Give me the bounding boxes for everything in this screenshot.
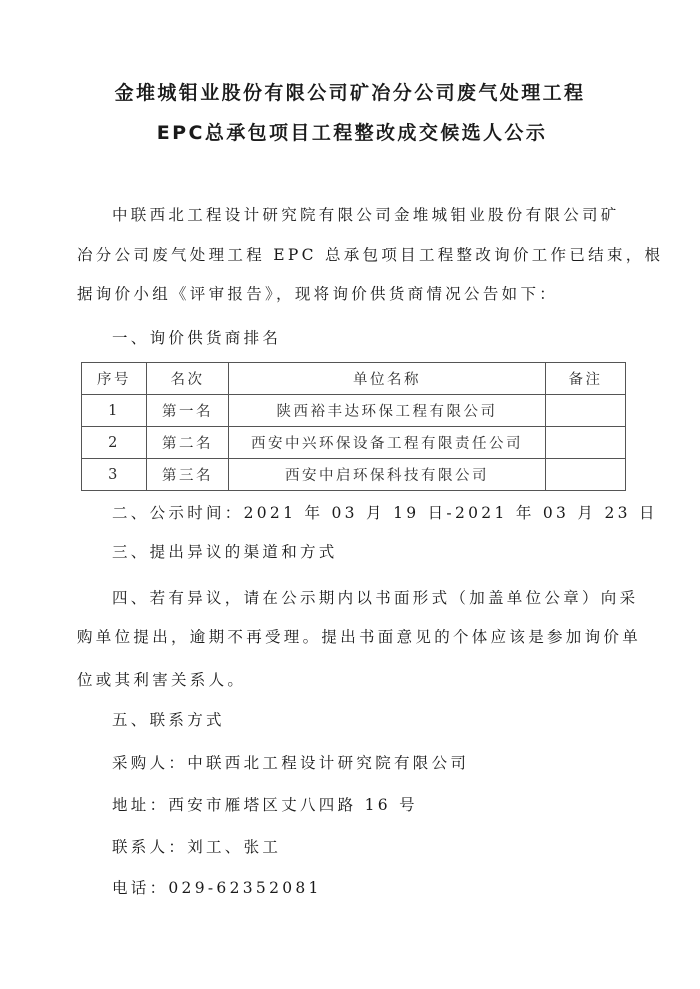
section4-line-1: 四、若有异议，请在公示期内以书面形式（加盖单位公章）向采: [112, 587, 638, 609]
section4-line-2: 购单位提出，逾期不再受理。提出书面意见的个体应该是参加询价单: [77, 626, 641, 648]
contact-phone: 电话：029-62352081: [112, 877, 322, 899]
intro-line-1: 中联西北工程设计研究院有限公司金堆城钼业股份有限公司矿: [112, 204, 620, 226]
document-title-line1: 金堆城钼业股份有限公司矿冶分公司废气处理工程: [0, 81, 700, 105]
cell-company: 西安中启环保科技有限公司: [229, 459, 546, 491]
intro-line-2: 冶分公司废气处理工程 EPC 总承包项目工程整改询价工作已结束，根: [77, 244, 663, 266]
table-row: 2 第二名 西安中兴环保设备工程有限责任公司: [82, 427, 626, 459]
cell-no: 2: [82, 427, 147, 459]
cell-rank: 第三名: [147, 459, 229, 491]
intro-line-3: 据询价小组《评审报告》，现将询价供货商情况公告如下：: [77, 283, 558, 305]
cell-remark: [546, 395, 626, 427]
cell-company: 陕西裕丰达环保工程有限公司: [229, 395, 546, 427]
header-no: 序号: [82, 363, 147, 395]
cell-company: 西安中兴环保设备工程有限责任公司: [229, 427, 546, 459]
contact-address: 地址：西安市雁塔区丈八四路 16 号: [112, 794, 418, 816]
section5-heading: 五、联系方式: [112, 709, 225, 731]
header-company: 单位名称: [229, 363, 546, 395]
cell-rank: 第一名: [147, 395, 229, 427]
cell-no: 3: [82, 459, 147, 491]
contact-person: 联系人：刘工、张工: [112, 836, 281, 858]
cell-rank: 第二名: [147, 427, 229, 459]
header-remark: 备注: [546, 363, 626, 395]
document-title-line2: EPC总承包项目工程整改成交候选人公示: [2, 121, 700, 145]
cell-remark: [546, 459, 626, 491]
table-row: 1 第一名 陕西裕丰达环保工程有限公司: [82, 395, 626, 427]
section2-publicity-period: 二、公示时间：2021 年 03 月 19 日-2021 年 03 月 23 日: [112, 502, 658, 524]
section3-heading: 三、提出异议的渠道和方式: [112, 541, 338, 563]
section1-heading: 一、询价供货商排名: [112, 327, 281, 349]
table-header-row: 序号 名次 单位名称 备注: [82, 363, 626, 395]
header-rank: 名次: [147, 363, 229, 395]
section4-line-3: 位或其利害关系人。: [77, 669, 246, 691]
cell-no: 1: [82, 395, 147, 427]
table-row: 3 第三名 西安中启环保科技有限公司: [82, 459, 626, 491]
contact-purchaser: 采购人：中联西北工程设计研究院有限公司: [112, 752, 469, 774]
cell-remark: [546, 427, 626, 459]
supplier-ranking-table: 序号 名次 单位名称 备注 1 第一名 陕西裕丰达环保工程有限公司 2 第二名 …: [81, 362, 626, 491]
